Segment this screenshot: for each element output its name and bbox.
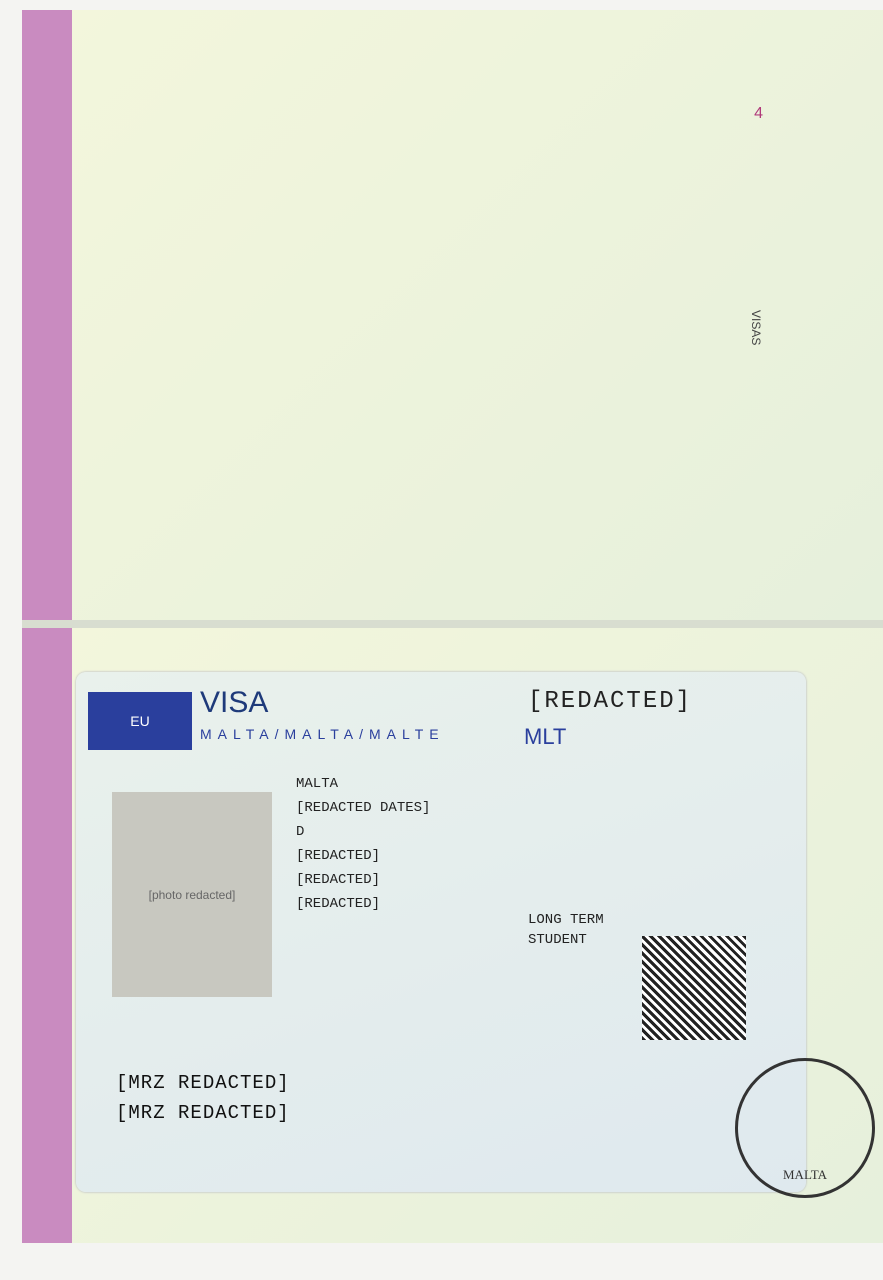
visa-type: D	[296, 820, 430, 844]
passport-number: [REDACTED]	[296, 844, 430, 868]
stamp-country: MALTA	[783, 1167, 827, 1183]
qr-code-icon	[642, 936, 746, 1040]
issuing-state-line: MALTA/MALTA/MALTE	[200, 726, 445, 742]
issuing-state-code: MLT	[524, 724, 566, 750]
remark-line: STUDENT	[528, 930, 604, 950]
issued-in: [REDACTED]	[296, 868, 430, 892]
remark-line: LONG TERM	[528, 910, 604, 930]
remarks: LONG TERM STUDENT	[528, 910, 604, 950]
valid-for: MALTA	[296, 772, 430, 796]
visa-sticker: EU VISA MALTA/MALTA/MALTE [REDACTED] MLT…	[76, 672, 806, 1192]
visas-section-label: VISAS	[749, 310, 763, 345]
mrz-line: [MRZ REDACTED]	[116, 1068, 290, 1098]
holder-name: [REDACTED]	[296, 892, 430, 916]
holder-photo: [photo redacted]	[112, 792, 272, 997]
visa-fields: MALTA [REDACTED DATES] D [REDACTED] [RED…	[296, 772, 430, 916]
mrz-line: [MRZ REDACTED]	[116, 1098, 290, 1128]
validity-dates: [REDACTED DATES]	[296, 796, 430, 820]
visa-title: VISA	[200, 686, 268, 720]
machine-readable-zone: [MRZ REDACTED] [MRZ REDACTED]	[116, 1068, 290, 1128]
eu-flag-icon: EU	[88, 692, 192, 750]
entry-stamp: MALTA	[735, 1058, 875, 1198]
page-number: 4	[754, 105, 763, 123]
upper-passport-page: 4 VISAS	[22, 10, 883, 622]
visa-number: [REDACTED]	[528, 688, 692, 715]
